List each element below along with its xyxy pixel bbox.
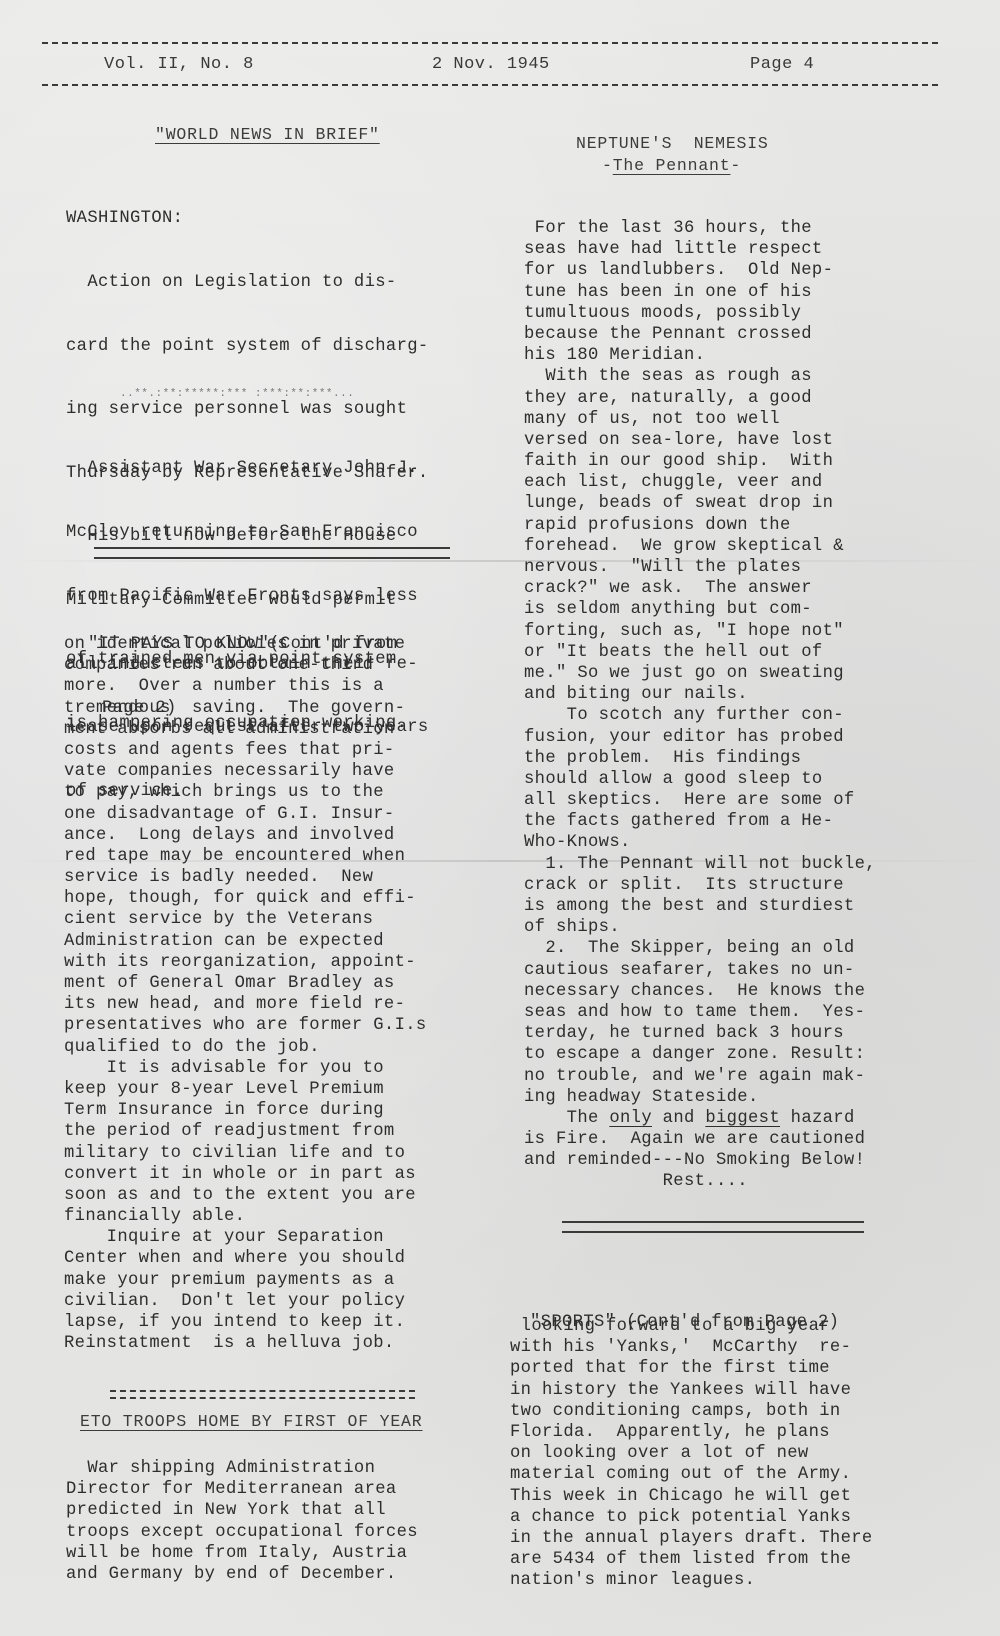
text-line: predicted in New York that all <box>66 1500 418 1521</box>
text-line: versed on sea-lore, have lost <box>524 430 876 451</box>
text-line: Administration can be expected <box>64 931 427 952</box>
text-line: they are, naturally, a good <box>524 388 876 409</box>
text-line: and biting our nails. <box>524 684 876 705</box>
text-line: service is badly needed. New <box>64 867 427 888</box>
text-line: For the last 36 hours, the <box>524 218 876 239</box>
text-line: for us landlubbers. Old Nep- <box>524 260 876 281</box>
text-line: War shipping Administration <box>66 1458 418 1479</box>
text-line: soon as and to the extent you are <box>64 1185 427 1206</box>
it-pays-article: on identical policies in privatecompanie… <box>64 634 427 1354</box>
text-line: Florida. Apparently, he plans <box>510 1422 873 1443</box>
text-line: crack or split. Its structure <box>524 875 876 896</box>
text-line: one disadvantage of G.I. Insur- <box>64 804 427 825</box>
text-line: tremendous saving. The govern- <box>64 698 427 719</box>
text-line: each list, chuggle, veer and <box>524 472 876 493</box>
text-line: lapse, if you intend to keep it. <box>64 1312 427 1333</box>
text-line: forehead. We grow skeptical & <box>524 536 876 557</box>
text-line: civilian. Don't let your policy <box>64 1291 427 1312</box>
text-line: ing headway Stateside. <box>524 1087 876 1108</box>
text-line: two conditioning camps, both in <box>510 1401 873 1422</box>
section-divider <box>562 1231 864 1233</box>
text-line: costs and agents fees that pri- <box>64 740 427 761</box>
text-line: many of us, not too well <box>524 409 876 430</box>
text-line: companies run about one-third <box>64 655 427 676</box>
text-line: and reminded---No Smoking Below! <box>524 1150 876 1171</box>
text-line: qualified to do the job. <box>64 1037 427 1058</box>
text-line: on looking over a lot of new <box>510 1443 873 1464</box>
dateline: WASHINGTON: <box>66 208 429 229</box>
text-line: Reinstatment is a helluva job. <box>64 1333 427 1354</box>
text-line: the problem. His findings <box>524 748 876 769</box>
sports-article: looking forward to a big yearwith his 'Y… <box>510 1316 873 1591</box>
text-line: with his 'Yanks,' McCarthy re- <box>510 1337 873 1358</box>
text-line: forting, such as, "I hope not" <box>524 621 876 642</box>
text-line: because the Pennant crossed <box>524 324 876 345</box>
neptune-title: NEPTUNE'S NEMESIS <box>576 134 769 153</box>
text-line: nation's minor leagues. <box>510 1570 873 1591</box>
text-line: its new head, and more field re- <box>64 994 427 1015</box>
text-line: nervous. "Will the plates <box>524 557 876 578</box>
text-line: To scotch any further con- <box>524 705 876 726</box>
text-line: ment absorbs all administration <box>64 719 427 740</box>
text-line: Center when and where you should <box>64 1248 427 1269</box>
neptune-subtitle: -The Pennant- <box>602 156 741 175</box>
text-line: This week in Chicago he will get <box>510 1486 873 1507</box>
text-line: is Fire. Again we are cautioned <box>524 1129 876 1150</box>
text-line: to pay, which brings us to the <box>64 782 427 803</box>
text-line: convert it in whole or in part as <box>64 1164 427 1185</box>
section-divider <box>94 547 450 549</box>
text-line: to escape a danger zone. Result: <box>524 1044 876 1065</box>
text-line: 2. The Skipper, being an old <box>524 938 876 959</box>
text-line: fusion, your editor has probed <box>524 727 876 748</box>
issue-date: 2 Nov. 1945 <box>432 55 550 74</box>
text-line: or "It beats the hell out of <box>524 642 876 663</box>
text-line: presentatives who are former G.I.s <box>64 1015 427 1036</box>
eto-article: War shipping AdministrationDirector for … <box>66 1458 418 1585</box>
text-line: With the seas as rough as <box>524 366 876 387</box>
text-line: troops except occupational forces <box>66 1522 418 1543</box>
text-line: lunge, beads of sweat drop in <box>524 493 876 514</box>
text-line: hope, though, for quick and effi- <box>64 888 427 909</box>
text-line: material coming out of the Army. <box>510 1464 873 1485</box>
star-separator: ..**.:**:*****:*** :***:**:***... <box>120 388 354 400</box>
text-line: the facts gathered from a He- <box>524 811 876 832</box>
text-line: tune has been in one of his <box>524 282 876 303</box>
text-line: faith in our good ship. With <box>524 451 876 472</box>
text-line: crack?" we ask. The answer <box>524 578 876 599</box>
text-line: looking forward to a big year <box>510 1316 873 1337</box>
text-line: with its reorganization, appoint- <box>64 952 427 973</box>
text-line: will be home from Italy, Austria <box>66 1543 418 1564</box>
text-line: terday, he turned back 3 hours <box>524 1023 876 1044</box>
text-line: rapid profusions down the <box>524 515 876 536</box>
text-line: necessary chances. He knows the <box>524 981 876 1002</box>
text-line: military to civilian life and to <box>64 1143 427 1164</box>
section-divider <box>94 557 450 559</box>
world-news-title: "WORLD NEWS IN BRIEF" <box>155 125 380 144</box>
section-divider <box>110 1397 415 1399</box>
text-line: is seldom anything but com- <box>524 599 876 620</box>
text-line: his 180 Meridian. <box>524 345 876 366</box>
text-line: Who-Knows. <box>524 832 876 853</box>
text-line: all skeptics. Here are some of <box>524 790 876 811</box>
text-line: Term Insurance in force during <box>64 1100 427 1121</box>
text-line: are 5434 of them listed from the <box>510 1549 873 1570</box>
volume-number: Vol. II, No. 8 <box>104 55 254 74</box>
text-line: in the annual players draft. There <box>510 1528 873 1549</box>
text-line: vate companies necessarily have <box>64 761 427 782</box>
text-line: financially able. <box>64 1206 427 1227</box>
section-divider <box>562 1221 864 1223</box>
text-line: should allow a good sleep to <box>524 769 876 790</box>
text-line: make your premium payments as a <box>64 1270 427 1291</box>
header-top-rule <box>42 42 938 44</box>
text-line: is among the best and sturdiest <box>524 896 876 917</box>
text-line: red tape may be encountered when <box>64 846 427 867</box>
text-line: the period of readjustment from <box>64 1121 427 1142</box>
text-line: seas and how to tame them. Yes- <box>524 1002 876 1023</box>
text-line: in history the Yankees will have <box>510 1380 873 1401</box>
text-line: me." So we just go on sweating <box>524 663 876 684</box>
text-line: a chance to pick potential Yanks <box>510 1507 873 1528</box>
hazard-line: The only and biggest hazard <box>524 1108 876 1129</box>
neptune-article: For the last 36 hours, theseas have had … <box>524 218 876 1193</box>
page-number: Page 4 <box>750 55 814 74</box>
eto-title: ETO TROOPS HOME BY FIRST OF YEAR <box>80 1412 422 1431</box>
text-line: no trouble, and we're again mak- <box>524 1066 876 1087</box>
newspaper-page: Vol. II, No. 8 2 Nov. 1945 Page 4 "WORLD… <box>0 0 1000 1636</box>
text-line: Director for Mediterranean area <box>66 1479 418 1500</box>
text-line: cautious seafarer, takes no un- <box>524 960 876 981</box>
text-line: cient service by the Veterans <box>64 909 427 930</box>
text-line: keep your 8-year Level Premium <box>64 1079 427 1100</box>
text-line: ment of General Omar Bradley as <box>64 973 427 994</box>
text-line: It is advisable for you to <box>64 1058 427 1079</box>
text-line: seas have had little respect <box>524 239 876 260</box>
text-line: Rest.... <box>524 1171 876 1192</box>
text-line: more. Over a number this is a <box>64 676 427 697</box>
header-bottom-rule <box>42 84 938 86</box>
text-line: of ships. <box>524 917 876 938</box>
text-line: 1. The Pennant will not buckle, <box>524 854 876 875</box>
section-divider <box>110 1390 415 1392</box>
text-line: tumultuous moods, possibly <box>524 303 876 324</box>
text-line: on identical policies in private <box>64 634 427 655</box>
text-line: ported that for the first time <box>510 1358 873 1379</box>
text-line: ance. Long delays and involved <box>64 825 427 846</box>
text-line: and Germany by end of December. <box>66 1564 418 1585</box>
text-line: Inquire at your Separation <box>64 1227 427 1248</box>
